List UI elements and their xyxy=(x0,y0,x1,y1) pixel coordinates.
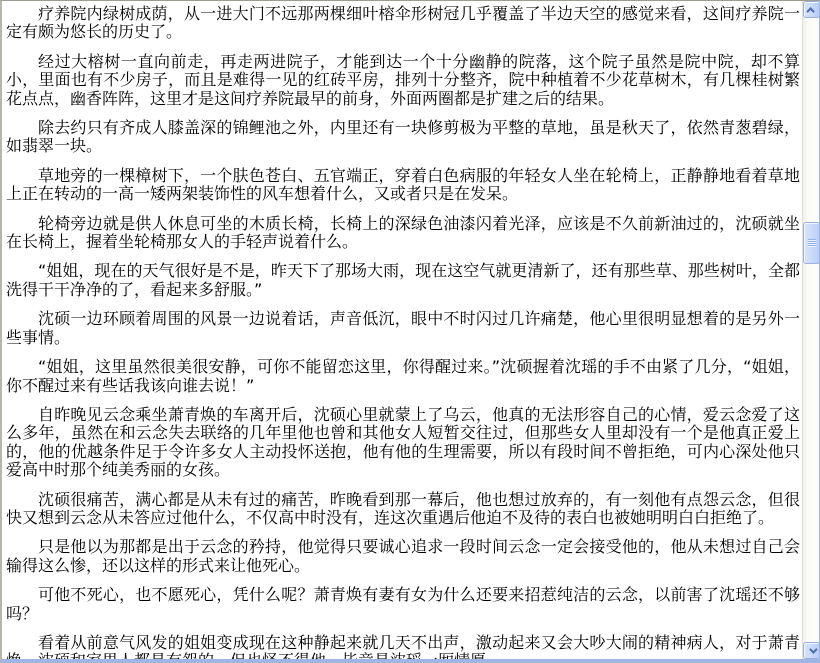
paragraph: 经过大榕树一直向前走，再走两进院子，才能到达一个十分幽静的院落，这个院子虽然是院… xyxy=(6,53,800,108)
paragraph: “姐姐，现在的天气很好是不是，昨天下了那场大雨，现在这空气就更清新了，还有那些草… xyxy=(6,262,800,299)
vertical-scrollbar[interactable] xyxy=(802,1,819,659)
scrollbar-thumb[interactable] xyxy=(803,222,820,264)
paragraph: 可他不死心，也不愿死心，凭什么呢？萧青焕有妻有女为什么还要来招惹纯洁的云念，以前… xyxy=(6,586,800,623)
chevron-down-icon xyxy=(809,645,817,653)
paragraph: 轮椅旁边就是供人休息可坐的木质长椅，长椅上的深绿色油漆闪着光泽，应该是不久前新油… xyxy=(6,215,800,252)
chevron-up-icon xyxy=(806,7,814,15)
paragraph: 草地旁的一棵樟树下，一个肤色苍白、五官端正，穿着白色病服的年轻女人坐在轮椅上，正… xyxy=(6,167,800,204)
paragraph: 看着从前意气风发的姐姐变成现在这种静起来就几天不出声，激动起来又会大吵大闹的精神… xyxy=(6,634,800,659)
paragraph: 除去约只有齐成人膝盖深的锦鲤池之外，内里还有一块修剪极为平整的草地，虽是秋天了，… xyxy=(6,119,800,156)
novel-text-area: 疗养院内绿树成荫，从一进大门不远那两棵细叶榕伞形树冠几乎覆盖了半边天空的感觉来看… xyxy=(2,1,802,659)
paragraph: 沈硕很痛苦，满心都是从未有过的痛苦，昨晚看到那一幕后，他也想过放弃的，有一刻他有… xyxy=(6,491,800,528)
scroll-down-button[interactable] xyxy=(803,642,820,659)
scroll-up-button[interactable] xyxy=(803,1,820,18)
paragraph: 只是他以为那都是出于云念的矜持，他觉得只要诚心追求一段时间云念一定会接受他的，他… xyxy=(6,538,800,575)
paragraph: 沈硕一边环顾着周围的风景一边说着话，声音低沉，眼中不时闪过几许痛楚，他心里很明显… xyxy=(6,310,800,347)
reader-window: 疗养院内绿树成荫，从一进大门不远那两棵细叶榕伞形树冠几乎覆盖了半边天空的感觉来看… xyxy=(0,0,820,663)
paragraph: “姐姐，这里虽然很美很安静，可你不能留恋这里，你得醒过来。”沈硕握着沈瑶的手不由… xyxy=(6,358,800,395)
paragraph: 自昨晚见云念乘坐萧青焕的车离开后，沈硕心里就蒙上了乌云，他真的无法形容自己的心情… xyxy=(6,406,800,480)
thumb-grip-icon xyxy=(808,239,816,247)
scrollbar-track[interactable] xyxy=(803,18,820,642)
paragraph: 疗养院内绿树成荫，从一进大门不远那两棵细叶榕伞形树冠几乎覆盖了半边天空的感觉来看… xyxy=(6,5,800,42)
